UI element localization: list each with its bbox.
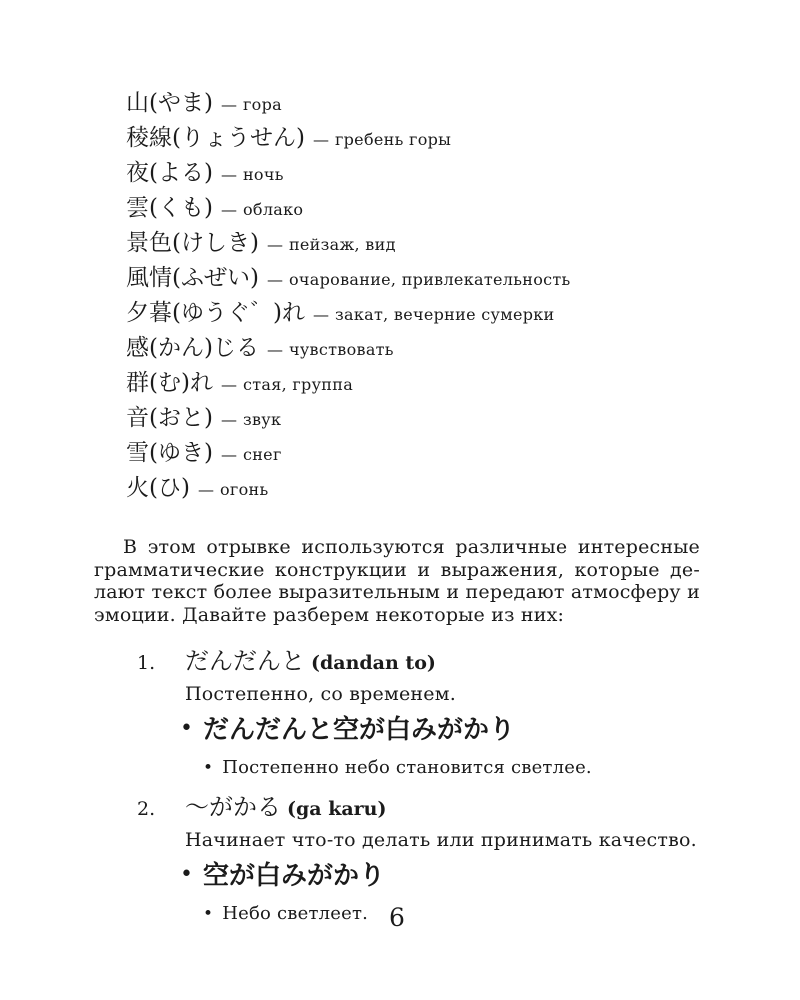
vocab-ru-translation: ночь [243, 165, 284, 184]
page-number: 6 [0, 903, 794, 932]
vocab-ru-translation: стая, группа [243, 375, 353, 394]
item-number: 2. [137, 794, 185, 824]
vocab-jp-term: 感(かん)じる [126, 335, 259, 361]
example-jp-text: だんだんと空が白みがかり [203, 715, 515, 745]
jp-term: 〜がかる [185, 793, 281, 821]
vocab-jp-term: 音(おと) [126, 405, 213, 431]
dash-separator: — [213, 445, 243, 464]
vocab-item: 雪(ゆき)—снег [126, 436, 571, 471]
meaning-text: Начинает что-то делать или принимать кач… [185, 828, 760, 852]
grammar-list: 1.だんだんと(dandan to) Постепенно, со времен… [0, 646, 760, 938]
vocab-item: 群(む)れ—стая, группа [126, 366, 571, 401]
dash-separator: — [213, 410, 243, 429]
vocab-item: 火(ひ)—огонь [126, 471, 571, 506]
vocab-ru-translation: закат, вечерние сумерки [335, 305, 555, 324]
vocab-item: 夕暮(ゆうぐ゛)れ—закат, вечерние сумерки [126, 296, 571, 331]
bullet-icon: • [180, 716, 203, 741]
vocab-item: 音(おと)—звук [126, 401, 571, 436]
vocab-ru-translation: звук [243, 410, 281, 429]
example-jp-line: •だんだんと空が白みがかり [180, 712, 760, 750]
document-page: 山(やま)—гора 稜線(りょうせん)—гребень горы 夜(よる)—… [0, 0, 800, 1000]
grammar-item-header: 2.〜がかる(ga karu) [137, 792, 760, 822]
dash-separator: — [213, 375, 243, 394]
intro-line: эмоции. Давайте разберем некоторые из ни… [94, 604, 700, 627]
vocab-jp-term: 夜(よる) [126, 160, 213, 186]
vocab-item: 山(やま)—гора [126, 86, 571, 121]
bullet-icon: • [180, 862, 203, 887]
example-jp-line: •空が白みがかり [180, 858, 760, 896]
vocab-jp-term: 夕暮(ゆうぐ゛)れ [126, 300, 305, 326]
example-jp-text: 空が白みがかり [203, 861, 385, 891]
vocab-item: 風情(ふぜい)—очарование, привлекательность [126, 261, 571, 296]
vocab-list: 山(やま)—гора 稜線(りょうせん)—гребень горы 夜(よる)—… [126, 86, 571, 506]
vocab-ru-translation: чувствовать [289, 340, 394, 359]
meaning-text: Постепенно, со временем. [185, 682, 760, 706]
vocab-ru-translation: огонь [220, 480, 269, 499]
vocab-jp-term: 稜線(りょうせん) [126, 125, 305, 151]
romaji-label: (ga karu) [281, 798, 387, 820]
dash-separator: — [213, 200, 243, 219]
vocab-jp-term: 雪(ゆき) [126, 440, 213, 466]
vocab-item: 雲(くも)—облако [126, 191, 571, 226]
vocab-item: 稜線(りょうせん)—гребень горы [126, 121, 571, 156]
dash-separator: — [190, 480, 220, 499]
vocab-item: 感(かん)じる—чувствовать [126, 331, 571, 366]
vocab-ru-translation: снег [243, 445, 282, 464]
example-ru-line: •Постепенно небо становится светлее. [203, 756, 760, 780]
vocab-jp-term: 山(やま) [126, 90, 213, 116]
vocab-jp-term: 群(む)れ [126, 370, 213, 396]
vocab-jp-term: 火(ひ) [126, 475, 190, 501]
vocab-ru-translation: гребень горы [335, 130, 451, 149]
vocab-item: 景色(けしき)—пейзаж, вид [126, 226, 571, 261]
intro-line: грамматические конструкции и выражения, … [94, 559, 700, 582]
intro-paragraph: В этом отрывке используются различные ин… [94, 536, 700, 626]
dash-separator: — [305, 130, 335, 149]
dash-separator: — [259, 270, 289, 289]
romaji-label: (dandan to) [305, 652, 436, 674]
vocab-ru-translation: очарование, привлекательность [289, 270, 571, 289]
dash-separator: — [259, 235, 289, 254]
dash-separator: — [305, 305, 335, 324]
grammar-item-header: 1.だんだんと(dandan to) [137, 646, 760, 676]
vocab-jp-term: 風情(ふぜい) [126, 265, 259, 291]
vocab-jp-term: 景色(けしき) [126, 230, 259, 256]
intro-line: В этом отрывке используются различные ин… [94, 536, 700, 559]
dash-separator: — [259, 340, 289, 359]
intro-line: лают текст более выразительным и передаю… [94, 581, 700, 604]
item-number: 1. [137, 648, 185, 678]
vocab-ru-translation: пейзаж, вид [289, 235, 396, 254]
vocab-jp-term: 雲(くも) [126, 195, 213, 221]
example-ru-text: Постепенно небо становится светлее. [222, 757, 592, 778]
vocab-ru-translation: облако [243, 200, 303, 219]
dash-separator: — [213, 95, 243, 114]
vocab-ru-translation: гора [243, 95, 282, 114]
vocab-item: 夜(よる)—ночь [126, 156, 571, 191]
jp-term: だんだんと [185, 647, 305, 675]
sub-bullet-icon: • [203, 758, 222, 778]
dash-separator: — [213, 165, 243, 184]
grammar-item-1: 1.だんだんと(dandan to) Постепенно, со времен… [0, 646, 760, 780]
